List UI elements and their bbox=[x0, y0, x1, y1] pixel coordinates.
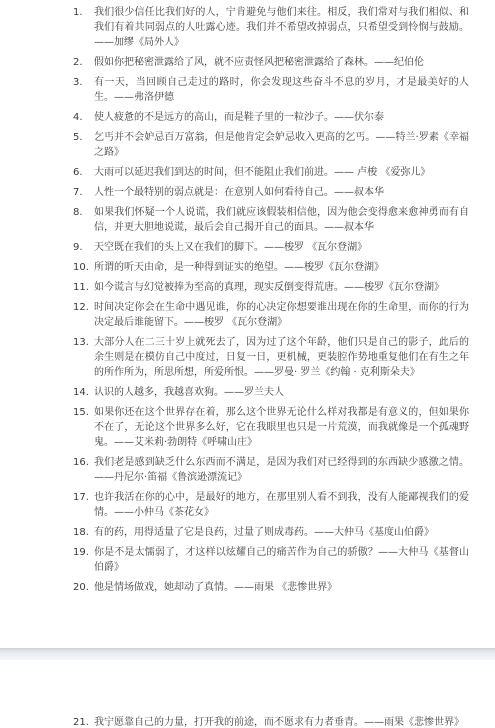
quote-item: 19. 你是不是太懦弱了，才这样以炫耀自己的痛苦作为自己的骄傲？——大仲马《基督… bbox=[73, 545, 469, 575]
quote-item: 16. 我们老是感到缺乏什么东西而不满足，是因为我们对已经得到的东西缺少感激之情… bbox=[73, 455, 469, 485]
quote-text: 大雨可以延迟我们到达的时间，但不能阻止我们前进。—— 卢梭 《爱弥儿》 bbox=[94, 165, 469, 180]
quote-number: 1. bbox=[73, 5, 94, 20]
page-break-separator bbox=[0, 648, 495, 660]
quote-number: 13. bbox=[73, 335, 94, 350]
quote-item: 8. 如果我们怀疑一个人说谎，我们就应该假装相信他，因为他会变得愈来愈神勇而有自… bbox=[73, 205, 469, 235]
quote-item: 11. 如今谎言与幻觉被捧为至高的真理，现实反倒变得荒唐。——梭罗《瓦尔登湖》 bbox=[73, 280, 469, 295]
quote-item: 17. 也许我活在你的心中，是最好的地方，在那里别人看不到我，没有人能鄙视我们的… bbox=[73, 490, 469, 520]
quote-text: 他是情场做戏，她却动了真情。——雨果 《悲惨世界》 bbox=[94, 580, 469, 595]
quote-text: 大部分人在二三十岁上就死去了，因为过了这个年龄，他们只是自己的影子，此后的余生则… bbox=[94, 335, 469, 380]
quote-text: 使人疲惫的不是远方的高山，而是鞋子里的一粒沙子。——伏尔泰 bbox=[94, 110, 469, 125]
quote-item: 10. 所谓的听天由命，是一种得到证实的绝望。——梭罗《瓦尔登湖》 bbox=[73, 260, 469, 275]
quote-number: 9. bbox=[73, 240, 94, 255]
quote-text: 我宁愿靠自己的力量，打开我的前途，而不愿求有力者垂青。——雨果《悲惨世界》 bbox=[94, 715, 469, 728]
quote-text: 假如你把秘密泄露给了风，就不应责怪风把秘密泄露给了森林。——纪伯伦 bbox=[94, 55, 469, 70]
quote-number: 8. bbox=[73, 205, 94, 220]
quote-number: 17. bbox=[73, 490, 94, 505]
quote-item: 18. 有的药，用得适量了它是良药，过量了则成毒药。——大仲马《基度山伯爵》 bbox=[73, 525, 469, 540]
quote-text: 天空既在我们的头上又在我们的脚下。——梭罗 《瓦尔登湖》 bbox=[94, 240, 469, 255]
quote-number: 5. bbox=[73, 130, 94, 145]
quote-item: 1. 我们很少信任比我们好的人，宁肯避免与他们来往。相反，我们常对与我们相似、和… bbox=[73, 5, 469, 50]
quote-number: 10. bbox=[73, 260, 94, 275]
quote-number: 3. bbox=[73, 75, 94, 90]
quote-number: 15. bbox=[73, 405, 94, 420]
quote-item: 15. 如果你还在这个世界存在着，那么这个世界无论什么样对我都是有意义的，但如果… bbox=[73, 405, 469, 450]
document-viewport: 1. 我们很少信任比我们好的人，宁肯避免与他们来往。相反，我们常对与我们相似、和… bbox=[0, 0, 495, 728]
quote-number: 7. bbox=[73, 185, 94, 200]
quote-text: 我们老是感到缺乏什么东西而不满足，是因为我们对已经得到的东西缺少感激之情。——丹… bbox=[94, 455, 469, 485]
quote-item: 21. 我宁愿靠自己的力量，打开我的前途，而不愿求有力者垂青。——雨果《悲惨世界… bbox=[73, 715, 469, 728]
quote-number: 21. bbox=[73, 715, 94, 728]
quote-number: 20. bbox=[73, 580, 94, 595]
quote-item: 4. 使人疲惫的不是远方的高山，而是鞋子里的一粒沙子。——伏尔泰 bbox=[73, 110, 469, 125]
quote-number: 11. bbox=[73, 280, 94, 295]
quote-text: 所谓的听天由命，是一种得到证实的绝望。——梭罗《瓦尔登湖》 bbox=[94, 260, 469, 275]
quote-text: 如今谎言与幻觉被捧为至高的真理，现实反倒变得荒唐。——梭罗《瓦尔登湖》 bbox=[94, 280, 469, 295]
quote-text: 认识的人越多，我越喜欢狗。——罗兰夫人 bbox=[94, 385, 469, 400]
quote-item: 13. 大部分人在二三十岁上就死去了，因为过了这个年龄，他们只是自己的影子，此后… bbox=[73, 335, 469, 380]
quote-text: 有的药，用得适量了它是良药，过量了则成毒药。——大仲马《基度山伯爵》 bbox=[94, 525, 469, 540]
document-page-2: 21. 我宁愿靠自己的力量，打开我的前途，而不愿求有力者垂青。——雨果《悲惨世界… bbox=[0, 660, 495, 728]
quote-number: 12. bbox=[73, 300, 94, 315]
quote-item: 9. 天空既在我们的头上又在我们的脚下。——梭罗 《瓦尔登湖》 bbox=[73, 240, 469, 255]
quote-item: 2. 假如你把秘密泄露给了风，就不应责怪风把秘密泄露给了森林。——纪伯伦 bbox=[73, 55, 469, 70]
quote-number: 14. bbox=[73, 385, 94, 400]
quote-number: 18. bbox=[73, 525, 94, 540]
quote-text: 如果我们怀疑一个人说谎，我们就应该假装相信他，因为他会变得愈来愈神勇而有自信，并… bbox=[94, 205, 469, 235]
quote-text: 时间决定你会在生命中遇见谁，你的心决定你想要谁出现在你的生命里，而你的行为决定最… bbox=[94, 300, 469, 330]
quote-item: 6. 大雨可以延迟我们到达的时间，但不能阻止我们前进。—— 卢梭 《爱弥儿》 bbox=[73, 165, 469, 180]
quote-item: 5. 乞丐并不会妒忌百万富翁，但是他肯定会妒忌收入更高的乞丐。——特兰·罗素《幸… bbox=[73, 130, 469, 160]
quote-number: 6. bbox=[73, 165, 94, 180]
quote-number: 19. bbox=[73, 545, 94, 560]
quote-text: 我们很少信任比我们好的人，宁肯避免与他们来往。相反，我们常对与我们相似、和我们有… bbox=[94, 5, 469, 50]
quote-text: 有一天，当回顾自己走过的路时，你会发现这些奋斗不息的岁月，才是最美好的人生。——… bbox=[94, 75, 469, 105]
quote-text: 人性一个最特别的弱点就是：在意别人如何看待自己。——叔本华 bbox=[94, 185, 469, 200]
quote-item: 7. 人性一个最特别的弱点就是：在意别人如何看待自己。——叔本华 bbox=[73, 185, 469, 200]
quote-text: 如果你还在这个世界存在着，那么这个世界无论什么样对我都是有意义的，但如果你不在了… bbox=[94, 405, 469, 450]
quote-item: 20. 他是情场做戏，她却动了真情。——雨果 《悲惨世界》 bbox=[73, 580, 469, 595]
quote-item: 3. 有一天，当回顾自己走过的路时，你会发现这些奋斗不息的岁月，才是最美好的人生… bbox=[73, 75, 469, 105]
quote-item: 12. 时间决定你会在生命中遇见谁，你的心决定你想要谁出现在你的生命里，而你的行… bbox=[73, 300, 469, 330]
quote-text: 也许我活在你的心中，是最好的地方，在那里别人看不到我，没有人能鄙视我们的爱情。—… bbox=[94, 490, 469, 520]
quote-number: 4. bbox=[73, 110, 94, 125]
document-page-1: 1. 我们很少信任比我们好的人，宁肯避免与他们来往。相反，我们常对与我们相似、和… bbox=[0, 0, 495, 648]
quote-text: 你是不是太懦弱了，才这样以炫耀自己的痛苦作为自己的骄傲？——大仲马《基督山伯爵》 bbox=[94, 545, 469, 575]
quote-item: 14. 认识的人越多，我越喜欢狗。——罗兰夫人 bbox=[73, 385, 469, 400]
quote-number: 2. bbox=[73, 55, 94, 70]
quote-number: 16. bbox=[73, 455, 94, 470]
quote-text: 乞丐并不会妒忌百万富翁，但是他肯定会妒忌收入更高的乞丐。——特兰·罗素《幸福之路… bbox=[94, 130, 469, 160]
